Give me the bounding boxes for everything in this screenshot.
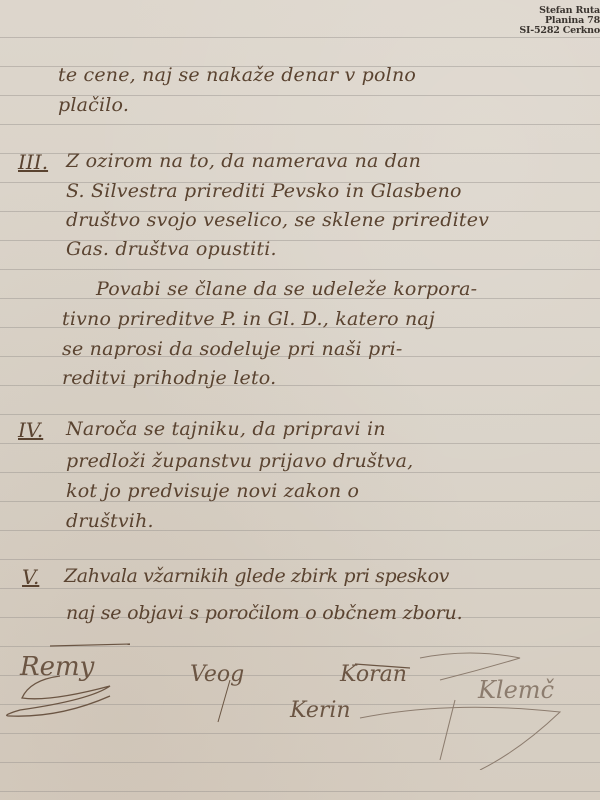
handwritten-line: predloži županstvu prijavo društva, [66,450,413,472]
handwritten-line: društvo svojo veselico, se sklene prired… [66,209,489,231]
stamp-postcode: SI-5282 Cerkno [518,26,600,36]
handwritten-line: se naprosi da sodeluje pri naši pri- [62,338,403,360]
handwritten-line: Zahvala vžarnikih glede zbirk pri spesko… [64,565,449,587]
handwritten-line: te cene, naj se nakaže denar v polno [58,64,416,86]
owner-stamp: Stefan Ruta Planina 78 SI-5282 Cerkno [518,6,600,36]
signature-flourishes [0,640,600,770]
handwritten-line: naj se objavi s poročilom o občnem zboru… [66,602,462,624]
handwritten-line: Gas. društva opustiti. [66,238,277,260]
handwritten-line: tivno prireditve P. in Gl. D., katero na… [62,308,435,330]
document-page: Stefan Ruta Planina 78 SI-5282 Cerkno te… [0,0,600,800]
handwritten-line: plačilo. [58,94,129,116]
section-numeral-iv: IV. [18,418,43,442]
handwritten-line: društvih. [66,510,154,532]
handwritten-line: kot jo predvisuje novi zakon o [66,480,359,502]
handwritten-line: Povabi se člane da se udeleže korpora- [96,278,477,300]
section-numeral-v: V. [22,565,39,589]
handwritten-line: Z ozirom na to, da namerava na dan [66,150,421,172]
handwritten-line: S. Silvestra prirediti Pevsko in Glasben… [66,180,462,202]
handwritten-line: reditvi prihodnje leto. [62,367,276,389]
section-numeral-iii: III. [18,150,48,174]
handwritten-line: Naroča se tajniku, da pripravi in [66,418,386,440]
